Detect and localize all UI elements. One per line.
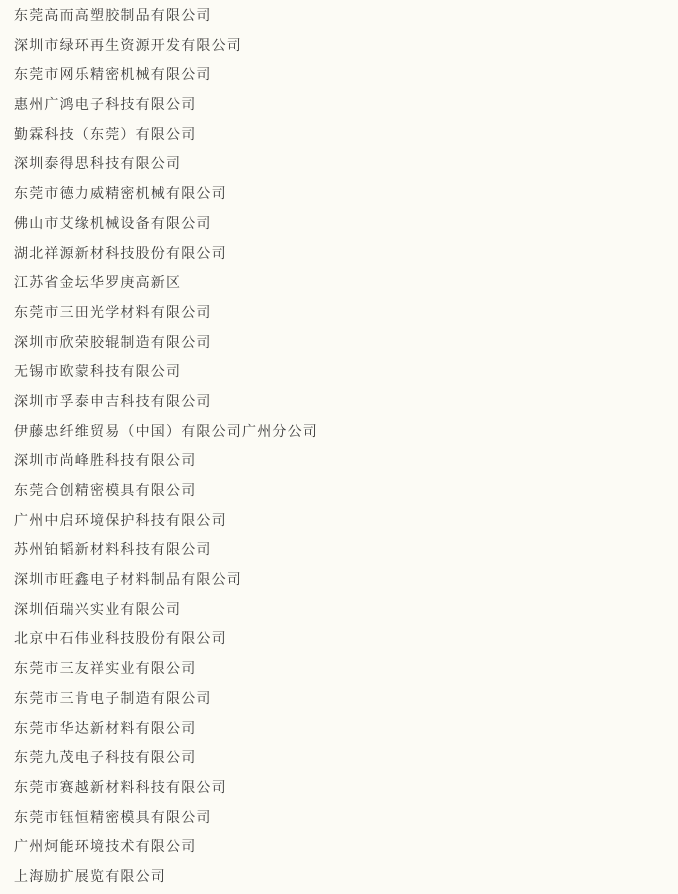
company-item: 东莞市钰恒精密模具有限公司 xyxy=(14,806,678,836)
company-item: 江苏省金坛华罗庚高新区 xyxy=(14,271,678,301)
company-item: 无锡市欧蒙科技有限公司 xyxy=(14,360,678,390)
company-item: 北京中石伟业科技股份有限公司 xyxy=(14,627,678,657)
company-item: 深圳佰瑞兴实业有限公司 xyxy=(14,598,678,628)
company-item: 深圳泰得思科技有限公司 xyxy=(14,152,678,182)
company-item: 东莞九茂电子科技有限公司 xyxy=(14,746,678,776)
company-item: 苏州铂韬新材料科技有限公司 xyxy=(14,538,678,568)
company-item: 上海励扩展览有限公司 xyxy=(14,865,678,894)
company-item: 东莞市德力威精密机械有限公司 xyxy=(14,182,678,212)
company-item: 东莞市三田光学材料有限公司 xyxy=(14,301,678,331)
company-item: 勤霖科技（东莞）有限公司 xyxy=(14,123,678,153)
company-item: 东莞高而高塑胶制品有限公司 xyxy=(14,4,678,34)
company-item: 东莞市三友祥实业有限公司 xyxy=(14,657,678,687)
company-item: 东莞市三肯电子制造有限公司 xyxy=(14,687,678,717)
company-item: 佛山市艾缘机械设备有限公司 xyxy=(14,212,678,242)
company-item: 深圳市欣荣胶辊制造有限公司 xyxy=(14,331,678,361)
company-item: 伊藤忠纤维贸易（中国）有限公司广州分公司 xyxy=(14,420,678,450)
company-item: 东莞市网乐精密机械有限公司 xyxy=(14,63,678,93)
company-item: 东莞市赛越新材料科技有限公司 xyxy=(14,776,678,806)
company-item: 东莞合创精密模具有限公司 xyxy=(14,479,678,509)
company-item: 东莞市华达新材料有限公司 xyxy=(14,717,678,747)
company-item: 湖北祥源新材科技股份有限公司 xyxy=(14,242,678,272)
company-item: 广州中启环境保护科技有限公司 xyxy=(14,509,678,539)
company-item: 深圳市孚泰申吉科技有限公司 xyxy=(14,390,678,420)
company-item: 广州炣能环境技术有限公司 xyxy=(14,835,678,865)
company-list: 东莞高而高塑胶制品有限公司 深圳市绿环再生资源开发有限公司 东莞市网乐精密机械有… xyxy=(0,0,678,894)
company-item: 深圳市旺鑫电子材料制品有限公司 xyxy=(14,568,678,598)
company-item: 惠州广鸿电子科技有限公司 xyxy=(14,93,678,123)
company-item: 深圳市尚峰胜科技有限公司 xyxy=(14,449,678,479)
company-item: 深圳市绿环再生资源开发有限公司 xyxy=(14,34,678,64)
